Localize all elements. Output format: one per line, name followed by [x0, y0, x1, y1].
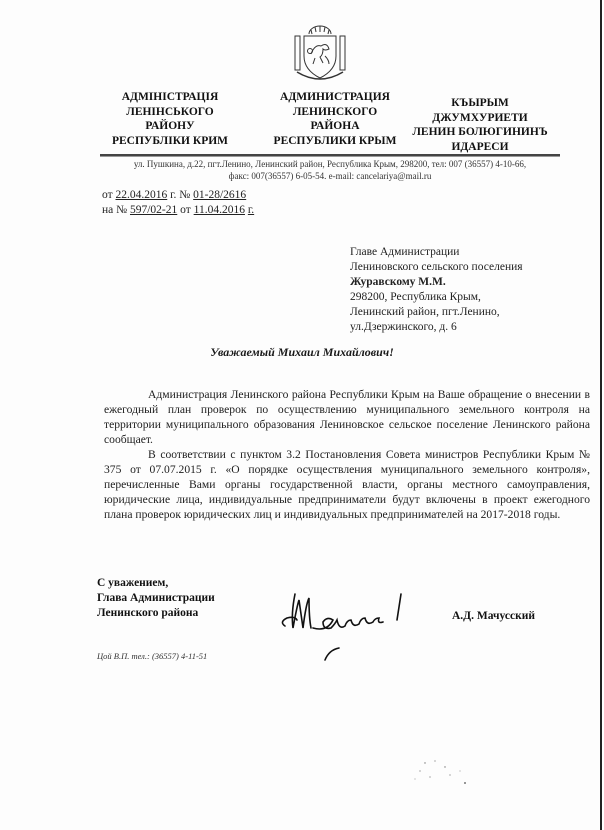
incoming-reference: на № 597/02-21 от 11.04.2016 г. [102, 203, 254, 218]
outgoing-date: 22.04.2016 [116, 189, 168, 201]
letter-body: Администрация Ленинского района Республи… [104, 387, 590, 522]
outgoing-reference: от 22.04.2016 г. № 01-28/2616 [102, 188, 254, 203]
signer-title: Глава Администрации [97, 591, 215, 606]
label: от [102, 189, 113, 201]
header-line: РЕСПУБЛИКИ КРЫМ [260, 134, 410, 149]
document-references: от 22.04.2016 г. № 01-28/2616 на № 597/0… [102, 188, 254, 218]
closing-block: С уважением, Глава Администрации Ленинск… [97, 576, 215, 621]
label: от [180, 204, 191, 216]
header-line: ЛЕНИНСКОГО [260, 105, 410, 120]
recipient-title: Главе Администрации [350, 245, 523, 260]
header-line: РЕСПУБЛІКИ КРИМ [100, 134, 240, 149]
header-line: РАЙОНА [260, 119, 410, 134]
body-paragraph: Администрация Ленинского района Республи… [104, 387, 590, 447]
header-line: ИДАРЕСИ [410, 140, 550, 155]
recipient-address: ул.Дзержинского, д. 6 [350, 320, 523, 335]
incoming-number: 597/02-21 [130, 204, 177, 216]
letter-page: АДМІНІСТРАЦІЯ ЛЕНІНСЬКОГО РАЙОНУ РЕСПУБЛ… [0, 0, 604, 830]
header-crimean-tatar: КЪЫРЫМ ДЖУМХУРИЕТИ ЛЕНИН БОЛЮГИНИНЪ ИДАР… [410, 96, 550, 154]
signer-title: Ленинского района [97, 606, 215, 621]
executor-contact: Цой В.П. тел.: (36557) 4-11-51 [97, 651, 207, 661]
scan-noise [395, 755, 515, 795]
header-line: ЛЕНИН БОЛЮГИНИНЪ [410, 125, 550, 140]
header-line: ЛЕНІНСЬКОГО [100, 105, 240, 120]
header-line: АДМІНІСТРАЦІЯ [100, 90, 240, 105]
signer-name: А.Д. Мачусский [452, 610, 535, 622]
contact-line: факс: 007(36557) 6-05-54. e-mail: cancel… [95, 170, 565, 182]
label: г. [248, 204, 254, 216]
header-line: АДМИНИСТРАЦИЯ [260, 90, 410, 105]
body-paragraph: В соответствии с пунктом 3.2 Постановлен… [104, 447, 590, 522]
scan-edge [600, 0, 602, 830]
recipient-block: Главе Администрации Лениновского сельско… [350, 245, 523, 335]
header-line: КЪЫРЫМ [410, 96, 550, 111]
letterhead-address: ул. Пушкина, д.22, пгт.Ленино, Ленинский… [95, 158, 565, 182]
letterhead-divider-thin [100, 156, 560, 157]
label: на № [102, 204, 127, 216]
recipient-address: Ленинский район, пгт.Ленино, [350, 305, 523, 320]
address-line: ул. Пушкина, д.22, пгт.Ленино, Ленинский… [95, 158, 565, 170]
handwritten-signature [265, 578, 415, 668]
closing-phrase: С уважением, [97, 576, 215, 591]
header-ukrainian: АДМІНІСТРАЦІЯ ЛЕНІНСЬКОГО РАЙОНУ РЕСПУБЛ… [100, 90, 240, 148]
header-line: ДЖУМХУРИЕТИ [410, 111, 550, 126]
label: г. № [170, 189, 190, 201]
recipient-name: Журавскому М.М. [350, 275, 523, 290]
recipient-address: 298200, Республика Крым, [350, 290, 523, 305]
header-russian: АДМИНИСТРАЦИЯ ЛЕНИНСКОГО РАЙОНА РЕСПУБЛИ… [260, 90, 410, 148]
outgoing-number: 01-28/2616 [193, 189, 246, 201]
header-line: РАЙОНУ [100, 119, 240, 134]
crimea-coat-of-arms-icon [289, 24, 351, 86]
recipient-organization: Лениновского сельского поселения [350, 260, 523, 275]
incoming-date: 11.04.2016 [194, 204, 245, 216]
salutation: Уважаемый Михаил Михайлович! [0, 345, 604, 360]
